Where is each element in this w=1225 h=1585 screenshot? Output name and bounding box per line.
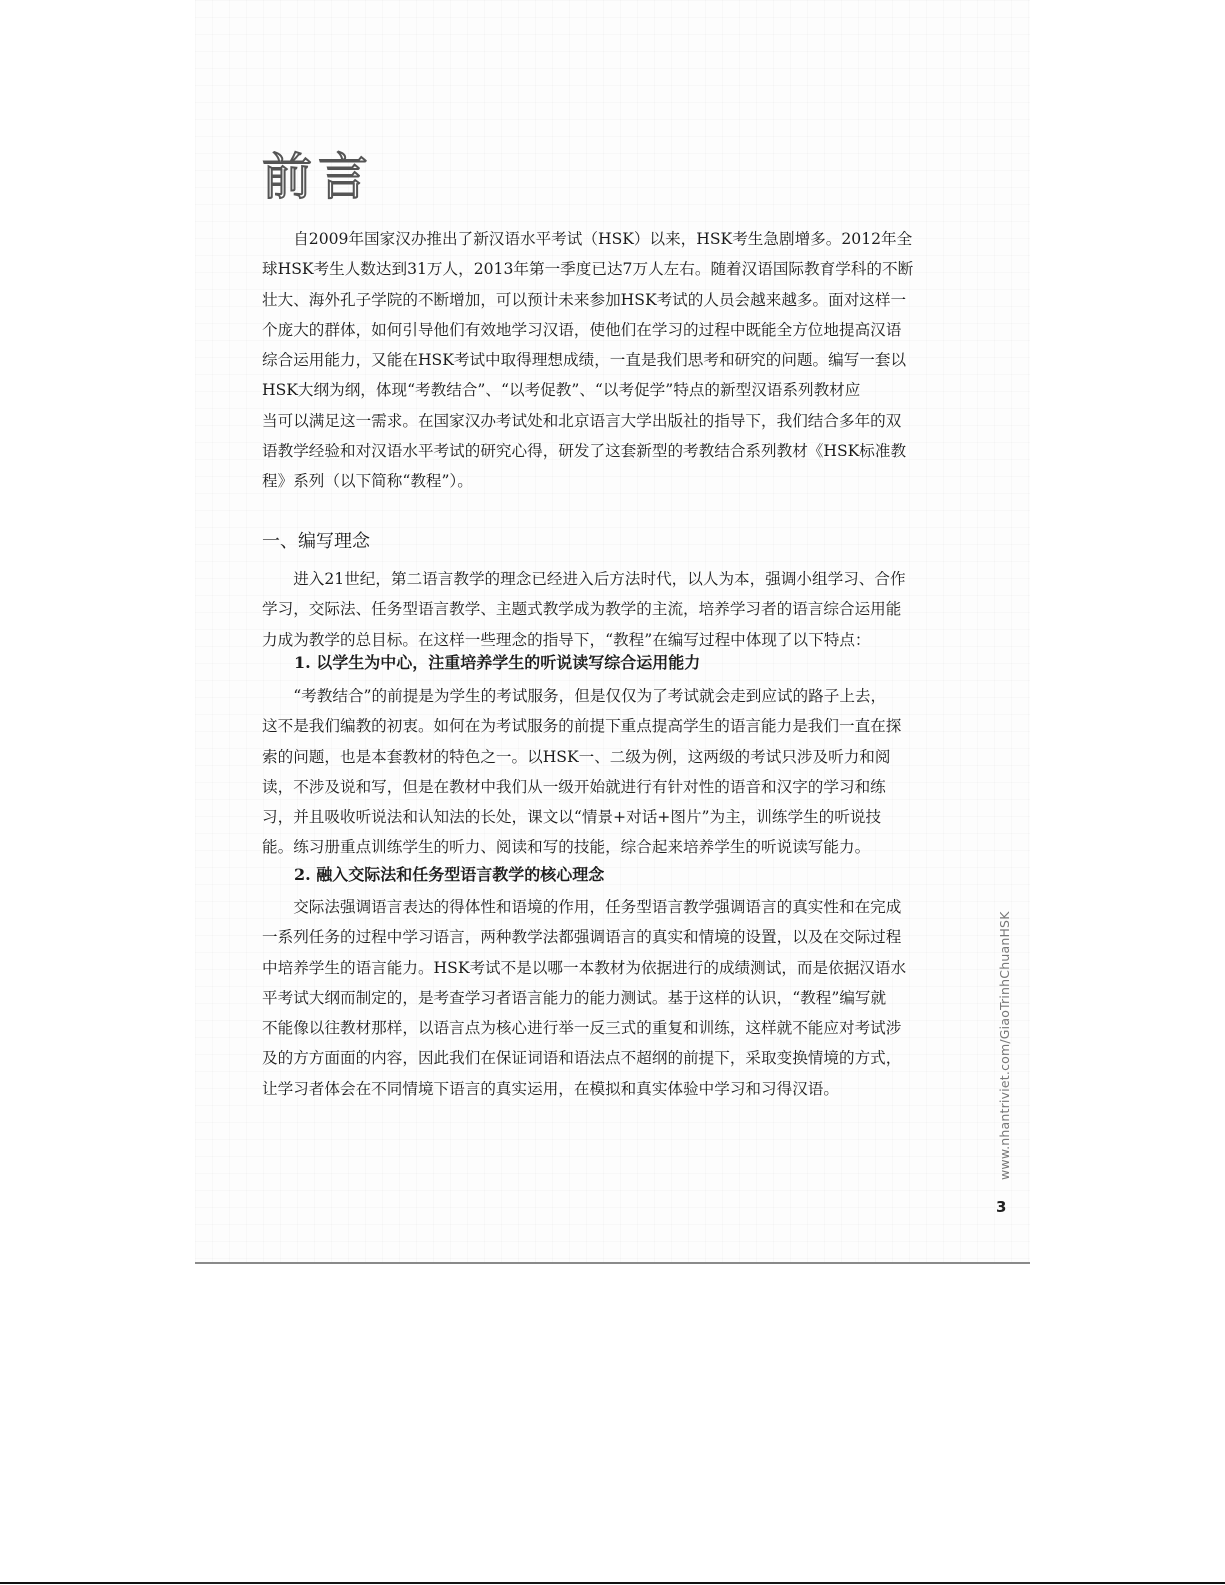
text-line: 学习，交际法、任务型语言教学、主题式教学成为教学的主流，培养学习者的语言综合运用… [262, 594, 972, 624]
text-line: 进入21世纪，第二语言教学的理念已经进入后方法时代，以人为本，强调小组学习、合作 [262, 564, 972, 594]
text-line: HSK大纲为纲，体现“考教结合”、“以考促教”、“以考促学”特点的新型汉语系列教… [262, 375, 972, 405]
subheading-point-2: 2. 融入交际法和任务型语言教学的核心理念 [294, 862, 604, 885]
text-line: 习，并且吸收听说法和认知法的长处，课文以“情景+对话+图片”为主，训练学生的听说… [262, 802, 972, 832]
section-intro-paragraph: 进入21世纪，第二语言教学的理念已经进入后方法时代，以人为本，强调小组学习、合作… [262, 564, 972, 655]
text-line: 中培养学生的语言能力。HSK考试不是以哪一本教材为依据进行的成绩测试，而是依据汉… [262, 953, 972, 983]
text-line: 程》系列（以下简称“教程”）。 [262, 466, 972, 496]
page-bottom-divider [195, 1262, 1030, 1264]
text-line: 一系列任务的过程中学习语言，两种教学法都强调语言的真实和情境的设置，以及在交际过… [262, 922, 972, 952]
text-line: 自2009年国家汉办推出了新汉语水平考试（HSK）以来，HSK考生急剧增多。20… [262, 224, 972, 254]
text-line: 交际法强调语言表达的得体性和语境的作用，任务型语言教学强调语言的真实性和在完成 [262, 892, 972, 922]
text-line: 球HSK考生人数达到31万人，2013年第一季度已达7万人左右。随着汉语国际教育… [262, 254, 972, 284]
text-line: 读，不涉及说和写，但是在教材中我们从一级开始就进行有针对性的语音和汉字的学习和练 [262, 772, 972, 802]
text-line: 及的方方面面的内容，因此我们在保证词语和语法点不超纲的前提下，采取变换情境的方式… [262, 1043, 972, 1073]
viewer-bottom-border [0, 1582, 1225, 1584]
page-number: 3 [996, 1198, 1006, 1216]
text-line: 当可以满足这一需求。在国家汉办考试处和北京语言大学出版社的指导下，我们结合多年的… [262, 406, 972, 436]
point-2-paragraph: 交际法强调语言表达的得体性和语境的作用，任务型语言教学强调语言的真实性和在完成 … [262, 892, 972, 1104]
text-line: 个庞大的群体，如何引导他们有效地学习汉语，使他们在学习的过程中既能全方位地提高汉… [262, 315, 972, 345]
text-line: 平考试大纲而制定的，是考查学习者语言能力的能力测试。基于这样的认识，“教程”编写… [262, 983, 972, 1013]
text-line: 综合运用能力，又能在HSK考试中取得理想成绩，一直是我们思考和研究的问题。编写一… [262, 345, 972, 375]
text-line: 壮大、海外孔子学院的不断增加，可以预计未来参加HSK考试的人员会越来越多。面对这… [262, 285, 972, 315]
text-line: 索的问题，也是本套教材的特色之一。以HSK一、二级为例，这两级的考试只涉及听力和… [262, 742, 972, 772]
text-line: 这不是我们编教的初衷。如何在为考试服务的前提下重点提高学生的语言能力是我们一直在… [262, 711, 972, 741]
section-heading: 一、编写理念 [262, 527, 370, 553]
text-line: 能。练习册重点训练学生的听力、阅读和写的技能，综合起来培养学生的听说读写能力。 [262, 832, 972, 862]
watermark-url: www.nhantriviet.com/GiaoTrinhChuanHSK [997, 911, 1012, 1180]
subheading-point-1: 1. 以学生为中心，注重培养学生的听说读写综合运用能力 [294, 650, 700, 673]
intro-paragraph: 自2009年国家汉办推出了新汉语水平考试（HSK）以来，HSK考生急剧增多。20… [262, 224, 972, 497]
text-line: 语教学经验和对汉语水平考试的研究心得，研发了这套新型的考教结合系列教材《HSK标… [262, 436, 972, 466]
text-line: 不能像以往教材那样，以语言点为核心进行举一反三式的重复和训练，这样就不能应对考试… [262, 1013, 972, 1043]
text-line: 让学习者体会在不同情境下语言的真实运用，在模拟和真实体验中学习和习得汉语。 [262, 1074, 972, 1104]
page-title: 前言 [262, 152, 374, 202]
text-line: “考教结合”的前提是为学生的考试服务，但是仅仅为了考试就会走到应试的路子上去， [262, 681, 972, 711]
point-1-paragraph: “考教结合”的前提是为学生的考试服务，但是仅仅为了考试就会走到应试的路子上去， … [262, 681, 972, 863]
